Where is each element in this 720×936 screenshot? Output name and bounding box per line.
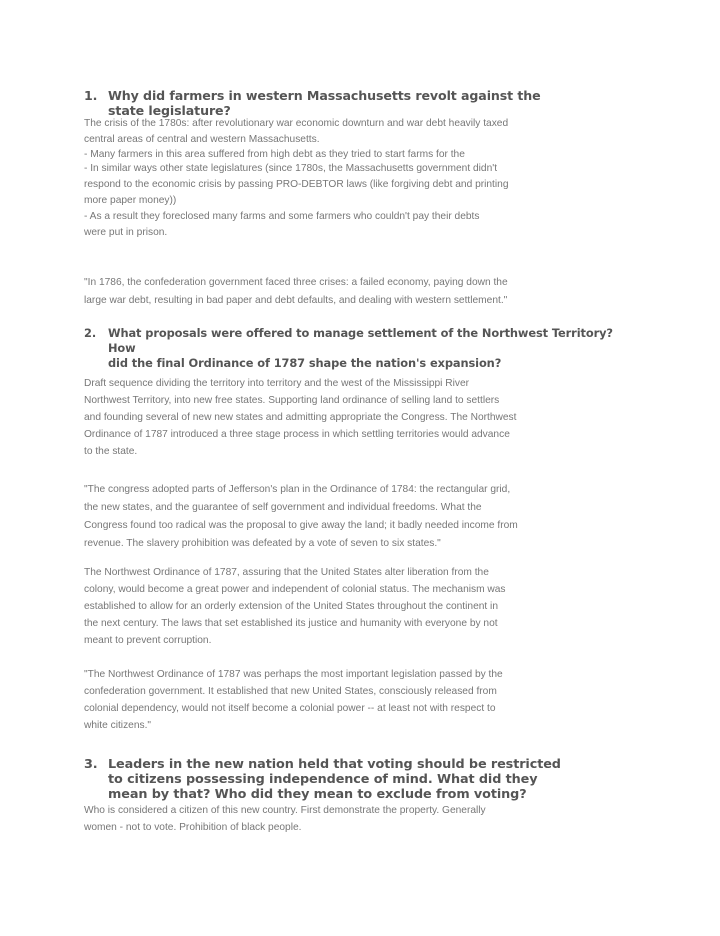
question-1-quote: "In 1786, the confederation government f…: [84, 274, 624, 310]
question-2-quote: "The congress adopted parts of Jefferson…: [84, 481, 624, 553]
quote-line: confederation government. It established…: [84, 683, 624, 700]
question-number: 2.: [84, 326, 96, 341]
heading-line: Leaders in the new nation held that voti…: [108, 757, 623, 772]
question-3-heading: 3. Leaders in the new nation held that v…: [108, 757, 623, 802]
quote-line: large war debt, resulting in bad paper a…: [84, 292, 624, 310]
quote-line: white citizens.": [84, 717, 624, 734]
answer-line: The Northwest Ordinance of 1787, assurin…: [84, 564, 624, 581]
quote-line: colonial dependency, would not itself be…: [84, 700, 624, 717]
question-number: 3.: [84, 757, 98, 772]
heading-line: to citizens possessing independence of m…: [108, 772, 623, 787]
answer-line: - Many farmers in this area suffered fro…: [84, 148, 624, 162]
answer-line: The crisis of the 1780s: after revolutio…: [84, 116, 624, 132]
answer-line: central areas of central and western Mas…: [84, 132, 624, 148]
question-2-heading: 2. What proposals were offered to manage…: [108, 326, 623, 371]
answer-line: women - not to vote. Prohibition of blac…: [84, 819, 624, 836]
answer-line: Draft sequence dividing the territory in…: [84, 375, 624, 392]
answer-line: colony, would become a great power and i…: [84, 581, 624, 598]
answer-line: - In similar ways other state legislatur…: [84, 162, 624, 176]
question-number: 1.: [84, 88, 97, 103]
heading-line: What proposals were offered to manage se…: [108, 326, 623, 356]
quote-line: the new states, and the guarantee of sel…: [84, 499, 624, 517]
question-2-answer-2: The Northwest Ordinance of 1787, assurin…: [84, 564, 624, 649]
heading-line: did the final Ordinance of 1787 shape th…: [108, 356, 623, 371]
quote-line: Congress found too radical was the propo…: [84, 517, 624, 535]
question-2-quote-2: "The Northwest Ordinance of 1787 was per…: [84, 666, 624, 734]
answer-line: Northwest Territory, into new free state…: [84, 392, 624, 409]
question-3-answer: Who is considered a citizen of this new …: [84, 802, 624, 836]
answer-line: and founding several of new new states a…: [84, 409, 624, 426]
answer-line: to the state.: [84, 443, 624, 460]
heading-line: mean by that? Who did they mean to exclu…: [108, 787, 623, 802]
answer-line: were put in prison.: [84, 226, 624, 240]
question-1-answer: The crisis of the 1780s: after revolutio…: [84, 116, 624, 240]
question-1-heading: 1. Why did farmers in western Massachuse…: [108, 88, 623, 118]
quote-line: "In 1786, the confederation government f…: [84, 274, 624, 292]
answer-line: Who is considered a citizen of this new …: [84, 802, 624, 819]
heading-line: Why did farmers in western Massachusetts…: [108, 88, 623, 103]
quote-line: "The congress adopted parts of Jefferson…: [84, 481, 624, 499]
answer-line: respond to the economic crisis by passin…: [84, 176, 624, 194]
answer-line: established to allow for an orderly exte…: [84, 598, 624, 615]
question-2-answer: Draft sequence dividing the territory in…: [84, 375, 624, 460]
answer-line: the next century. The laws that set esta…: [84, 615, 624, 632]
quote-line: "The Northwest Ordinance of 1787 was per…: [84, 666, 624, 683]
answer-line: meant to prevent corruption.: [84, 632, 624, 649]
answer-line: Ordinance of 1787 introduced a three sta…: [84, 426, 624, 443]
quote-line: revenue. The slavery prohibition was def…: [84, 535, 624, 553]
answer-line: more paper money)): [84, 194, 624, 208]
document-page: 1. Why did farmers in western Massachuse…: [0, 0, 720, 936]
answer-line: - As a result they foreclosed many farms…: [84, 208, 624, 226]
